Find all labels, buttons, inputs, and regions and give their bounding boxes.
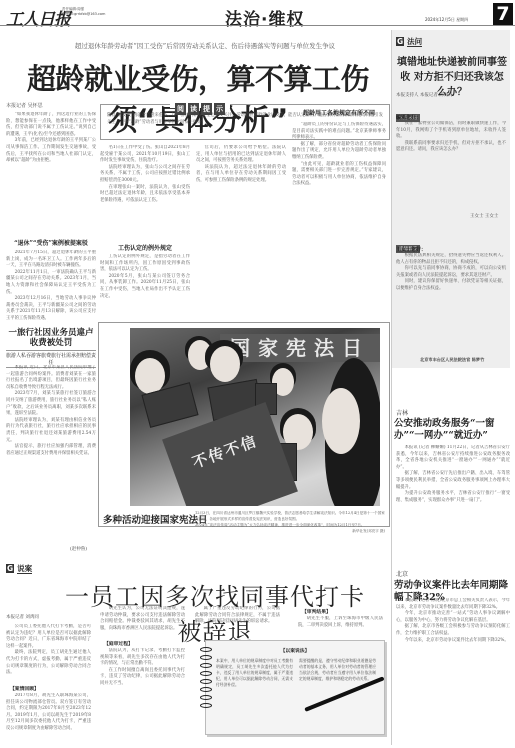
shuoan-col3-body: 属于严重违反劳动纪律的行为，公司据此解除劳动合同符合法律规定，不属于违法解除，法… — [195, 606, 280, 632]
lead-subhead-3: 超龄用工各地规定有所不同 — [292, 108, 386, 117]
trial-label: 【庭审过程】 — [104, 640, 133, 647]
paragraph: 法院经审理认为，张山与公司之间存在劳务关系，不属于工伤，公司应按照过错比例承担赔… — [100, 165, 190, 185]
column-divider — [391, 30, 392, 745]
reading-tip-label: 阅读提示 — [170, 96, 230, 108]
paragraph: 2022年11月1日，一审法院确认王平与新疆某公司之间存在劳动关系。2023年1… — [6, 270, 96, 296]
paragraph: “如果我退休年龄了，到这边行业的工伤保险，想能参保在一点钱，他那样他在工作中受伤… — [6, 112, 96, 138]
paragraph: 法院经审理认为，刘某有理由相信业务员的行为代表旅行社，旅行社应承担相应的民事责任… — [6, 418, 96, 444]
paragraph: 为提升公安政务服务水平，吉林省公安厅推行“一窗受理、集成服务”，实现群众办事“只… — [396, 491, 510, 504]
paragraph: 公司员工委托他人代打卡考勤，是否可被认定为违纪？用人单位是否可以据此解除劳动合同… — [6, 624, 91, 650]
column-icon: G — [396, 37, 404, 46]
beijing-body: 本报讯 (记者 杨晓)北京市总工会相关负责人表示，今年以来，北京市劳动争议案件数… — [396, 598, 510, 743]
paragraph: 根据民法典相关规定，拾得遗失物应当返还权利人。他人占有你的物品且拒不归还的，构成… — [396, 253, 506, 266]
paragraph: 今年以来，北京市劳动争议案件比去年同期下降32%。 — [396, 638, 510, 645]
issue-date: 2024年12月5日 星期四 — [425, 17, 468, 23]
paragraph: 属于严重违反劳动纪律的行为，公司据此解除劳动合同符合法律规定，不属于违法解除，法… — [195, 606, 280, 626]
paragraph: 在审理张山一案时，法院认为，张山受伤时已超过法定退休年龄，且未依法享受基本养老保… — [100, 185, 190, 205]
photo-credit: 新华社发(邓亮宇 摄) — [195, 528, 385, 534]
lead-col1-body: 2021年7月15日，超过退休年龄的王平重新上岗，成为一名环卫工人。工作两年多后… — [6, 250, 96, 322]
lead-col3-body: 官司后，仍要求公司给予赔偿。法院认定，用人单位与招用的已达到法定退休年龄人员之间… — [196, 145, 286, 319]
paragraph: 在工作时间擅自离岗且委托同事代为打卡，违反了劳动纪律，公司据此解除劳动合同并无不… — [100, 668, 185, 688]
lead-byline: 本报记者 吴怀思 — [6, 102, 43, 109]
shuoan-col2b-body: 法院认为，从打卡记录、考勤打卡监控视频等来看，胡先生多次存在由他人代为打卡的情况… — [100, 648, 185, 746]
paragraph: 法官提示，旅行社应加强内部管理，消费者应通过正规渠道支付费用并保留相关凭证。 — [6, 444, 96, 457]
photo-caption-text: 12月3日，在四川省达州市通川区罗江镇魏兴实验学校，普法志愿者给学生讲解宪法知识… — [195, 510, 385, 522]
lead-col4-body: “超龄员工的身份认定与工伤保险待遇落实，是目前司法实践中的难点问题。”北京某律师… — [292, 122, 386, 319]
notepad-left-text: 本案中，用人单位的规章制度中对员工考勤有明确规定，员工胡先生多次委托他人代为打卡… — [216, 658, 293, 718]
shuoan-tag: G说案 — [6, 563, 32, 574]
paragraph: 2023年12月16日，当地劳动人事争议仲裁委员会裁决，王平与新疆某公司之间的劳… — [6, 296, 96, 322]
fawen-tag-label: 法问 — [407, 37, 422, 47]
paragraph: 据了解，北京市各级工会积极参与劳动争议预防化解工作，全力维护职工合法权益。 — [396, 624, 510, 637]
paragraph: 我联系前同事要求归还手机，但对方拒不承认，也不愿意归还。请问，我应该怎么办？ — [396, 141, 506, 154]
notepad-title: 【以案说法】 — [206, 647, 384, 654]
side-story-body: 本报讯 近日，北京市某区人民法院审理了一起旅游合同纠纷案件。消费者刘某在一家旅行… — [6, 365, 96, 545]
shuoan-byline: 本报记者 刘禹同 — [6, 614, 39, 620]
lead-subhead-2: 工伤认定的例外规定 — [100, 243, 190, 252]
paragraph: 胡先生不服，上诉至珠海市中级人民法院，二审判决驳回上诉，维持原判。 — [298, 616, 383, 629]
paragraph: 3年前，已经到达退休年龄的王平到某厂公司从事保洁工作。工作期间发生交通事故，受伤… — [6, 138, 96, 164]
news-photo: 国家宪法日 不传不信 — [130, 328, 380, 506]
tip-char: 示 — [214, 103, 225, 115]
header-rule — [0, 25, 515, 26]
jilin-body: 本报讯 (记者 柳姗姗) 11月22日，记者从吉林省公安厅获悉，今年以来，吉林省… — [396, 445, 510, 565]
paragraph: 今年，北京市推动完善“一站式”劳动人事争议调解中心，以服务为中心，努力将劳动争议… — [396, 611, 510, 624]
paragraph: 本报讯 (记者 柳姗姗) 11月22日，记者从吉林省公安厅获悉，今年以来，吉林省… — [396, 445, 510, 471]
paragraph: 名1日在工作中受了伤。张山自2021年8月起受雇于某公司，2021年10月19日… — [100, 145, 190, 165]
paragraph: 本报讯 (记者 杨晓)北京市总工会相关负责人表示，今年以来，北京市劳动争议案件数… — [396, 598, 510, 611]
paragraph: 2021年7月15日，超过退休年龄的王平重新上岗，成为一名环卫工人。工作两年多后… — [6, 250, 96, 270]
jilin-headline: 公安推动政务服务“一窗办”“一网办”“就近办” — [394, 418, 512, 442]
masthead-meta: 责任编辑:周强 E-mail:grrbfzb@163.com — [62, 7, 105, 17]
result-label: 【审判结果】 — [302, 608, 331, 615]
paragraph: 2023年7月，刘某与某旅行社签订旅游合同并交纳了旅游费用，旅行社业务员以“私人… — [6, 391, 96, 417]
paragraph: “超龄员工的身份认定与工伤保险待遇落实，是目前司法实践中的难点问题。”北京某律师… — [292, 122, 386, 142]
lead-kicker: 超过退休年龄劳动者“因工受伤”后常因劳动关系认定、伤后待遇落实等问题与单位发生争… — [40, 41, 370, 50]
photo-caption-title: 多种活动迎接国家宪法日 — [103, 512, 208, 526]
lead-intro: “如果我退休年龄了，到这边行业的工伤保险，想能参保在一点钱，他那样他在工作中受伤… — [6, 112, 96, 232]
paragraph: 本报讯 近日，北京市某区人民法院审理了一起旅游合同纠纷案件。消费者刘某在一家旅行… — [6, 365, 96, 391]
paragraph: 2020年5月，张山与某公司签订劳务合同，从事装卸工作。2020年11月25日，… — [100, 274, 190, 300]
lead-subhead-1: “退休”“受伤”案例被提案驳 — [6, 238, 96, 247]
email-line: E-mail:grrbfzb@163.com — [62, 12, 105, 17]
side-story-title: 一旅行社因业务员違卢收费被处罚 — [6, 328, 96, 348]
reader-greeting: 编辑您好： — [396, 114, 421, 121]
shuoan-tag-label: 说案 — [17, 564, 32, 574]
paragraph: 2017年8月，胡先生入职珠海某公司，担任该公司物流部仓管员。双方签订有劳动合同… — [6, 693, 91, 733]
paragraph: 最终，法院判定，员工胡先生通过他人代为打卡的方式，虚报考勤，属于严重违反公司规章… — [6, 650, 91, 676]
page-number: 7 — [493, 3, 513, 25]
paragraph: 胡先生认为，公司无法证明其违规，遂申请劳动仲裁，要求公司支付违法解除劳动合同赔偿… — [100, 606, 185, 632]
column-icon: G — [6, 564, 14, 573]
shuoan-col1-body: 公司员工委托他人代打卡考勤，是否可被认定为违纪？用人单位是否可以据此解除劳动合同… — [6, 624, 91, 680]
jilin-city: 吉林 — [396, 408, 408, 417]
paragraph: 该法院认为，超过法定退休年龄的劳动者，在与用人单位存在劳动关系期间因工受伤，可参… — [196, 165, 286, 185]
newspaper-logo: 工人日报 — [6, 5, 70, 30]
beijing-city: 北京 — [396, 569, 408, 578]
tip-char: 阅 — [175, 103, 186, 115]
photo-caption: 12月3日，在四川省达州市通川区罗江镇魏兴实验学校，普法志愿者给学生讲解宪法知识… — [195, 510, 385, 534]
shuoan-col2-body: 胡先生认为，公司无法证明其违规，遂申请劳动仲裁，要求公司支付违法解除劳动合同赔偿… — [100, 606, 185, 638]
side-story-signature: (赵仲鲁) — [70, 546, 87, 552]
paragraph: 据了解，吉林省公安厅先后推出户籍、出入境、车驾管等多项便民利民举措，全省公安政务… — [396, 471, 510, 491]
answer-body: 根据民法典相关规定，拾得遗失物应当返还权利人。他人占有你的物品且拒不归还的，构成… — [396, 253, 506, 353]
shuoan-col1b-body: 2017年8月，胡先生入职珠海某公司，担任该公司物流部仓管员。双方签订有劳动合同… — [6, 693, 91, 745]
reader-sign: 王女士 王女士 — [470, 213, 498, 219]
fawen-tag: G法问 — [396, 36, 422, 47]
answer-sign: 北京市丰台区人民法院法官 陈梦竹 — [420, 357, 484, 363]
lead-col2b-body: 工伤认定的例外规定，是指劳动者在工作时间和工作场所内，因工作原因受到事故伤害，依… — [100, 254, 190, 319]
paragraph: 据了解，部分省份对超龄劳动者工伤保险问题作出了规定，允许用人单位为超龄劳动者单独… — [292, 142, 386, 162]
case-review-label: 【案情回顾】 — [10, 685, 39, 692]
paragraph: 法院认为，从打卡记录、考勤打卡监控视频等来看，胡先生多次存在由他人代为打卡的情况… — [100, 648, 185, 668]
paragraph: 你可以先与前同事协商，协商不成的，可以向公安机关报案或者向人民法院提起诉讼，要求… — [396, 266, 506, 279]
reader-letter-body: 我在一家物业公司做保洁，同时兼职做快递工作，今年10月，我网购了个手机寄到原单位… — [396, 121, 506, 213]
answer-greeting: 王女士您好： — [396, 246, 426, 253]
fawen-byline: 本报支持人 本报记者 陈丹丹 — [396, 92, 453, 98]
paragraph: 工伤认定的例外规定，是指劳动者在工作时间和工作场所内，因工作原因受到事故伤害，依… — [100, 254, 190, 274]
tip-char: 提 — [201, 103, 212, 115]
section-title: 法治·维权 — [225, 5, 304, 30]
paragraph: 我在一家物业公司做保洁，同时兼职做快递工作，今年10月，我网购了个手机寄到原单位… — [396, 121, 506, 141]
paragraph: 官司后，仍要求公司给予赔偿。法院认定，用人单位与招用的已达到法定退休年龄人员之间… — [196, 145, 286, 165]
tip-char: 读 — [188, 103, 199, 115]
paragraph: 同时，建议你保留好快递单、付款凭证等相关证据，以便维护自身合法权益。 — [396, 279, 506, 292]
paragraph: “由此可见，超龄就业者的工伤权益保障问题，需要相关部门进一步完善规定。”专家建议… — [292, 162, 386, 188]
lead-col2-body: 名1日在工作中受了伤。张山自2021年8月起受雇于某公司，2021年10月19日… — [100, 145, 190, 235]
shuoan-col4-body: 胡先生不服，上诉至珠海市中级人民法院，二审判决驳回上诉，维持原判。 — [298, 616, 383, 636]
